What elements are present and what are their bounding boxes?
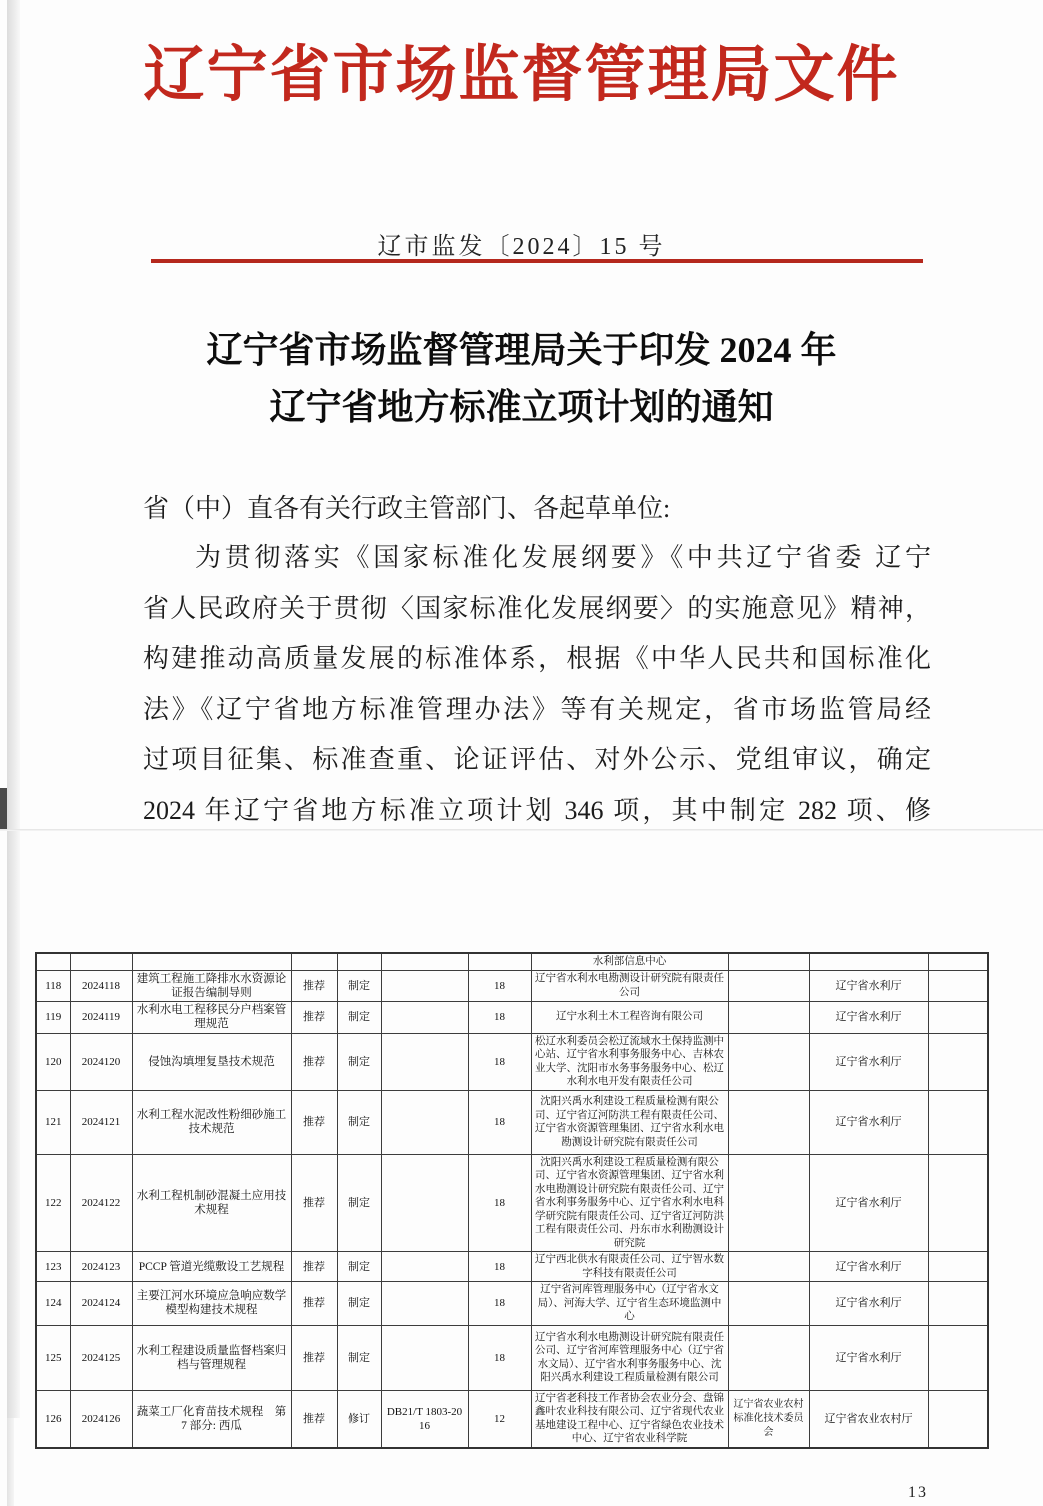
table-cell: 水利水电工程移民分户档案管理规范 (132, 1001, 291, 1033)
table-cell (132, 953, 291, 970)
scan-edge-shadow (7, 0, 20, 1418)
standards-plan-table: 水利部信息中心 118 2024118 建筑工程施工降排水水资源论证报告编制导则… (35, 952, 989, 1449)
table-cell: PCCP 管道光缆敷设工艺规程 (132, 1252, 291, 1282)
table-cell: 12 (468, 1390, 531, 1448)
table-cell: 120 (36, 1033, 70, 1090)
table-cell: 制定 (337, 1282, 381, 1326)
table-cell (728, 1033, 809, 1090)
table-cell: 主要江河水环境应急响应数学模型构建技术规程 (132, 1282, 291, 1326)
table-cell (36, 953, 70, 970)
table-cell: 辽宁省水利厅 (809, 970, 928, 1001)
table-cell (928, 1154, 988, 1252)
table-cell (381, 953, 468, 970)
table-cell (468, 953, 531, 970)
table-cell (728, 1325, 809, 1390)
table-cell: 18 (468, 1090, 531, 1154)
table-cell: 松辽水利委员会松辽流域水土保持监测中心站、辽宁省水利事务服务中心、吉林农业大学、… (531, 1033, 728, 1090)
table-row: 125 2024125 水利工程建设质量监督档案归档与管理规程 推荐 制定 18… (36, 1325, 988, 1390)
table-cell: 制定 (337, 1252, 381, 1282)
table-cell (728, 1282, 809, 1326)
table-cell: 2024123 (70, 1252, 132, 1282)
notice-title-line2: 辽宁省地方标准立项计划的通知 (110, 379, 933, 436)
table-cell (381, 1090, 468, 1154)
table-cell: 辽宁省老科技工作者协会农业分会、盘锦鑫叶农业科技有限公司、辽宁省现代农业基地建设… (531, 1390, 728, 1448)
body-line: 法》《辽宁省地方标准管理办法》等有关规定，省市场监管局经 (143, 685, 931, 736)
body-line: 过项目征集、标准查重、论证评估、对外公示、党组审议，确定 (143, 735, 931, 786)
body-line: 2024 年辽宁省地方标准立项计划 346 项，其中制定 282 项、修 (143, 786, 931, 837)
table-cell: 122 (36, 1154, 70, 1252)
table-cell: 辽宁省水利厅 (809, 1325, 928, 1390)
table-cell: 辽宁省河库管理服务中心（辽宁省水文局）、河海大学、辽宁省生态环境监测中心 (531, 1282, 728, 1326)
table-cell: 119 (36, 1001, 70, 1033)
table-cell (381, 1282, 468, 1326)
table-row: 119 2024119 水利水电工程移民分户档案管理规范 推荐 制定 18 辽宁… (36, 1001, 988, 1033)
table-row: 118 2024118 建筑工程施工降排水水资源论证报告编制导则 推荐 制定 1… (36, 970, 988, 1001)
table-cell: 126 (36, 1390, 70, 1448)
table-cell (928, 1252, 988, 1282)
table-cell: 辽宁省水利厅 (809, 1033, 928, 1090)
table-cell (928, 1325, 988, 1390)
table-cell: 制定 (337, 970, 381, 1001)
table-cell (728, 1154, 809, 1252)
table-cell (928, 953, 988, 970)
body-line: 为贯彻落实《国家标准化发展纲要》《中共辽宁省委 辽宁 (143, 533, 931, 584)
table-cell: 水利工程水泥改性粉细砂施工技术规范 (132, 1090, 291, 1154)
table-cell (928, 1390, 988, 1448)
table-cell: 18 (468, 1325, 531, 1390)
table-cell: 辽宁西北供水有限责任公司、辽宁智水数字科技有限责任公司 (531, 1252, 728, 1282)
table-cell: 辽宁省水利水电勘测设计研究院有限责任公司 (531, 970, 728, 1001)
red-divider (151, 259, 923, 263)
salutation: 省（中）直各有关行政主管部门、各起草单位: (143, 488, 933, 525)
table-cell: 推荐 (291, 1090, 337, 1154)
table-cell: 水利工程建设质量监督档案归档与管理规程 (132, 1325, 291, 1390)
table-cell: 蔬菜工厂化育苗技术规程 第 7 部分: 西瓜 (132, 1390, 291, 1448)
table-cell (381, 1033, 468, 1090)
doc-number: 辽市监发〔2024〕15 号 (0, 226, 1043, 261)
table-cell: 推荐 (291, 1033, 337, 1090)
table-cell: 2024119 (70, 1001, 132, 1033)
body-line: 构建推动高质量发展的标准体系，根据《中华人民共和国标准化 (143, 634, 931, 685)
table-cell (728, 1001, 809, 1033)
table-cell: 118 (36, 970, 70, 1001)
notice-title-line1: 辽宁省市场监督管理局关于印发 2024 年 (110, 322, 933, 379)
table-cell (728, 1090, 809, 1154)
table-cell: 推荐 (291, 1325, 337, 1390)
document-page: 辽宁省市场监督管理局文件 辽市监发〔2024〕15 号 辽宁省市场监督管理局关于… (0, 0, 1043, 1506)
table-cell: 制定 (337, 1090, 381, 1154)
table-cell: 沈阳兴禹水利建设工程质量检测有限公司、辽宁省水资源管理集团、辽宁省水利水电勘测设… (531, 1154, 728, 1252)
table-cell: 推荐 (291, 970, 337, 1001)
table-cell: 制定 (337, 1325, 381, 1390)
table-cell: 建筑工程施工降排水水资源论证报告编制导则 (132, 970, 291, 1001)
table-cell: 18 (468, 1154, 531, 1252)
table-cell: 18 (468, 1252, 531, 1282)
table-cell: 2024120 (70, 1033, 132, 1090)
scan-edge-shadow-lower (7, 1418, 14, 1506)
table-cell: 18 (468, 1282, 531, 1326)
table-cell (70, 953, 132, 970)
table-cell: 修订 (337, 1390, 381, 1448)
table-cell: 推荐 (291, 1154, 337, 1252)
table-cell: 辽宁省水利水电勘测设计研究院有限责任公司、辽宁省河库管理服务中心（辽宁省水文局）… (531, 1325, 728, 1390)
body-line: 省人民政府关于贯彻〈国家标准化发展纲要〉的实施意见》精神， (143, 584, 931, 635)
table-cell (928, 1033, 988, 1090)
table-cell: 推荐 (291, 1390, 337, 1448)
table-cell: 123 (36, 1252, 70, 1282)
page-number: 13 (908, 1484, 928, 1502)
table-cell: 辽宁省水利厅 (809, 1282, 928, 1326)
table-cell: 2024122 (70, 1154, 132, 1252)
table-cell (928, 1001, 988, 1033)
table-cell: 18 (468, 970, 531, 1001)
table-cell: 沈阳兴禹水利建设工程质量检测有限公司、辽宁省辽河防洪工程有限责任公司、辽宁省水资… (531, 1090, 728, 1154)
table-cell: 推荐 (291, 1282, 337, 1326)
table-cell: 2024121 (70, 1090, 132, 1154)
table-cell: 18 (468, 1033, 531, 1090)
table-cell: 2024126 (70, 1390, 132, 1448)
table-row: 126 2024126 蔬菜工厂化育苗技术规程 第 7 部分: 西瓜 推荐 修订… (36, 1390, 988, 1448)
table-cell: 制定 (337, 1033, 381, 1090)
table-row-carryover: 水利部信息中心 (36, 953, 988, 970)
table-cell: 辽宁省农业农村标准化技术委员会 (728, 1390, 809, 1448)
table-cell: 124 (36, 1282, 70, 1326)
table-cell (381, 970, 468, 1001)
table-cell (928, 1282, 988, 1326)
body-paragraph: 为贯彻落实《国家标准化发展纲要》《中共辽宁省委 辽宁 省人民政府关于贯彻〈国家标… (143, 533, 931, 836)
table-cell: DB21/T 1803-2016 (381, 1390, 468, 1448)
table-cell: 侵蚀沟填埋复垦技术规范 (132, 1033, 291, 1090)
table-cell: 125 (36, 1325, 70, 1390)
table-cell: 辽宁水利土木工程咨询有限公司 (531, 1001, 728, 1033)
table-cell (928, 970, 988, 1001)
table-cell (728, 1252, 809, 1282)
table-cell (381, 1001, 468, 1033)
notice-title: 辽宁省市场监督管理局关于印发 2024 年 辽宁省地方标准立项计划的通知 (110, 322, 933, 436)
table-cell: 水利部信息中心 (531, 953, 728, 970)
table-cell: 2024124 (70, 1282, 132, 1326)
table-cell (728, 953, 809, 970)
table-cell: 辽宁省农业农村厅 (809, 1390, 928, 1448)
table-cell: 推荐 (291, 1001, 337, 1033)
table-cell: 制定 (337, 1001, 381, 1033)
table-cell (728, 970, 809, 1001)
scan-edge-dark-mark (0, 788, 7, 830)
letterhead-title: 辽宁省市场监督管理局文件 (0, 26, 1043, 113)
table-row: 123 2024123 PCCP 管道光缆敷设工艺规程 推荐 制定 18 辽宁西… (36, 1252, 988, 1282)
table-row: 124 2024124 主要江河水环境应急响应数学模型构建技术规程 推荐 制定 … (36, 1282, 988, 1326)
table-cell (809, 953, 928, 970)
table-row: 121 2024121 水利工程水泥改性粉细砂施工技术规范 推荐 制定 18 沈… (36, 1090, 988, 1154)
table-cell: 推荐 (291, 1252, 337, 1282)
table-cell: 辽宁省水利厅 (809, 1001, 928, 1033)
table-cell: 辽宁省水利厅 (809, 1154, 928, 1252)
table-cell: 水利工程机制砂混凝土应用技术规程 (132, 1154, 291, 1252)
table-cell: 18 (468, 1001, 531, 1033)
table-cell (381, 1325, 468, 1390)
table-cell: 2024125 (70, 1325, 132, 1390)
table-cell (928, 1090, 988, 1154)
table-cell: 制定 (337, 1154, 381, 1252)
table-cell (381, 1154, 468, 1252)
table-row: 122 2024122 水利工程机制砂混凝土应用技术规程 推荐 制定 18 沈阳… (36, 1154, 988, 1252)
table-cell (381, 1252, 468, 1282)
table-cell (337, 953, 381, 970)
table-cell (291, 953, 337, 970)
table-cell: 辽宁省水利厅 (809, 1252, 928, 1282)
table-cell: 2024118 (70, 970, 132, 1001)
table-cell: 辽宁省水利厅 (809, 1090, 928, 1154)
table-cell: 121 (36, 1090, 70, 1154)
table-row: 120 2024120 侵蚀沟填埋复垦技术规范 推荐 制定 18 松辽水利委员会… (36, 1033, 988, 1090)
